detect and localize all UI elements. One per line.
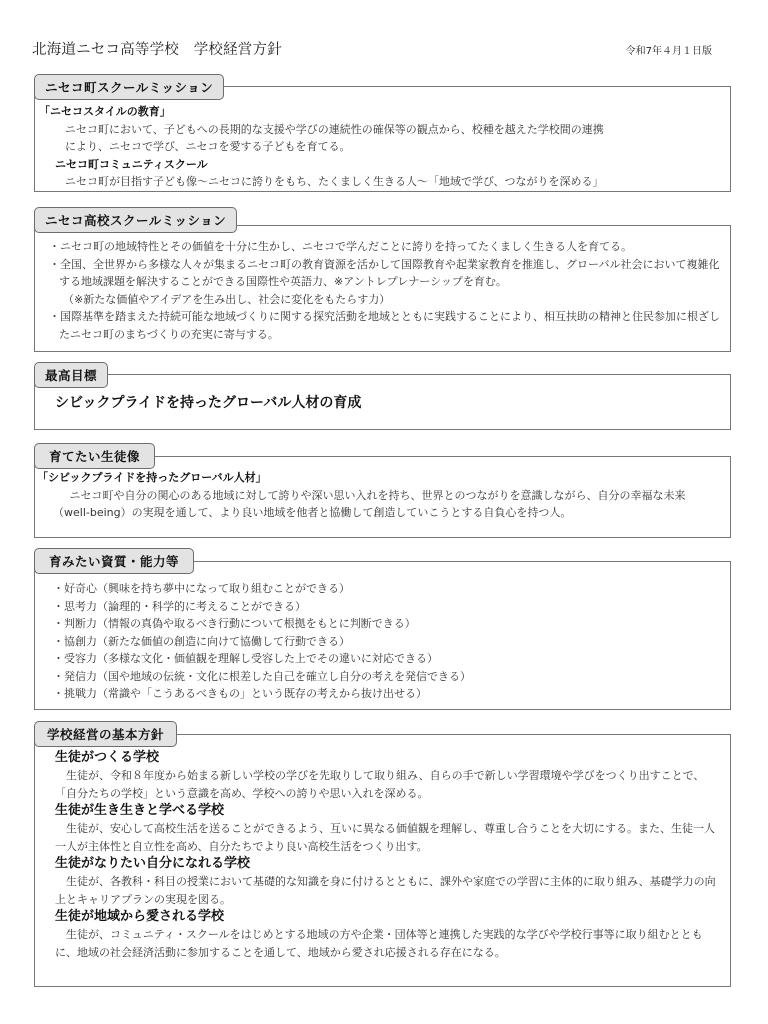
list-item: ・発信力（国や地域の伝統・文化に根差した自己を確立し自分の考えを発信できる） [53,668,720,686]
paragraph: ニセコ町や自分の関心のある地域に対して誇りや深い思い入れを持ち、世界とのつながり… [53,487,720,522]
section-abilities: 育みたい資質・能力等 ・好奇心（興味を持ち夢中になって取り組むことができる） ・… [34,548,731,710]
policy-item: 生徒が生き生きと学べる学校 生徒が、安心して高校生活を送ることができるよう、互い… [55,802,718,855]
paragraph: により、ニセコで学び、ニセコを愛する子どもを育てる。 [47,138,720,156]
section-box: シビックプライドを持ったグローバル人材の育成 [34,374,731,430]
list-item: ・受容力（多様な文化・価値観を理解し受容した上でその違いに対応できる） [53,650,720,668]
section-label: ニセコ町スクールミッション [34,74,224,100]
document-title: 北海道ニセコ高等学校 学校経営方針 [32,38,282,59]
section-box: ・好奇心（興味を持ち夢中になって取り組むことができる） ・思考力（論理的・科学的… [34,561,731,710]
note: （※新たな価値やアイデアを生み出し、社会に変化をもたらす力） [49,291,724,309]
list-item: ・挑戦力（常識や「こうあるべきもの」という既存の考えから抜け出せる） [53,685,720,703]
section-label: 最高目標 [34,362,108,388]
section-label: ニセコ高校スクールミッション [34,207,237,233]
policy-body: 生徒が、コミュニティ・スクールをはじめとする地域の方や企業・団体等と連携した実践… [55,926,718,961]
policy-body: 生徒が、令和８年度から始まる新しい学校の学びを先取りして取り組み、自らの手で新し… [55,767,718,802]
section-label: 育みたい資質・能力等 [34,548,194,574]
version-date: 令和7年４月１日版 [626,42,712,57]
list-item: ・国際基準を踏まえた持続可能な地域づくりに関する探究活動を地域とともに実践するこ… [49,308,724,343]
policy-title: 生徒がつくる学校 [55,749,718,767]
section-box: 生徒がつくる学校 生徒が、令和８年度から始まる新しい学校の学びを先取りして取り組… [34,734,731,987]
subheading: ニセコ町コミュニティスクール [47,156,720,174]
list-item: ・好奇心（興味を持ち夢中になって取り組むことができる） [53,580,720,598]
section-school-mission: ニセコ高校スクールミッション ・ニセコ町の地域特性とその価値を十分に生かし、ニセ… [34,207,731,352]
policy-body: 生徒が、安心して高校生活を送ることができるよう、互いに異なる価値観を理解し、尊重… [55,820,718,855]
paragraph: ニセコ町が目指す子ども像～ニセコに誇りをもち、たくましく生きる人～「地域で学び、… [47,173,720,191]
policy-title: 生徒がなりたい自分になれる学校 [55,855,718,873]
section-ideal-student: 育てたい生徒像 「シビックプライドを持ったグローバル人材」 ニセコ町や自分の関心… [34,443,731,538]
subheading: 「シビックプライドを持ったグローバル人材」 [37,469,720,487]
paragraph: ニセコ町において、子どもへの長期的な支援や学びの連続性の確保等の観点から、校種を… [47,121,720,139]
section-management-policy: 学校経営の基本方針 生徒がつくる学校 生徒が、令和８年度から始まる新しい学校の学… [34,721,731,987]
top-goal-text: シビックプライドを持ったグローバル人材の育成 [55,395,710,413]
list-item: ・判断力（情報の真偽や取るべき行動について根拠をもとに判断できる） [53,615,720,633]
section-label: 育てたい生徒像 [34,443,155,469]
section-box: 「ニセコスタイルの教育」 ニセコ町において、子どもへの長期的な支援や学びの連続性… [34,86,731,192]
policy-item: 生徒がなりたい自分になれる学校 生徒が、各教科・科目の授業において基礎的な知識を… [55,855,718,908]
list-item: ・思考力（論理的・科学的に考えることができる） [53,598,720,616]
list-item: ・ニセコ町の地域特性とその価値を十分に生かし、ニセコで学んだことに誇りを持ってた… [49,238,724,256]
subheading: 「ニセコスタイルの教育」 [39,103,720,121]
section-label: 学校経営の基本方針 [34,721,177,747]
section-top-goal: 最高目標 シビックプライドを持ったグローバル人材の育成 [34,362,731,432]
policy-title: 生徒が生き生きと学べる学校 [55,802,718,820]
policy-item: 生徒が地域から愛される学校 生徒が、コミュニティ・スクールをはじめとする地域の方… [55,908,718,961]
section-box: ・ニセコ町の地域特性とその価値を十分に生かし、ニセコで学んだことに誇りを持ってた… [34,225,731,352]
list-item: ・全国、全世界から多様な人々が集まるニセコ町の教育資源を活かして国際教育や起業家… [49,256,724,291]
section-town-mission: ニセコ町スクールミッション 「ニセコスタイルの教育」 ニセコ町において、子どもへ… [34,74,731,194]
list-item: ・協創力（新たな価値の創造に向けて協働して行動できる） [53,633,720,651]
policy-body: 生徒が、各教科・科目の授業において基礎的な知識を身に付けるとともに、課外や家庭で… [55,873,718,908]
policy-title: 生徒が地域から愛される学校 [55,908,718,926]
policy-item: 生徒がつくる学校 生徒が、令和８年度から始まる新しい学校の学びを先取りして取り組… [55,749,718,802]
